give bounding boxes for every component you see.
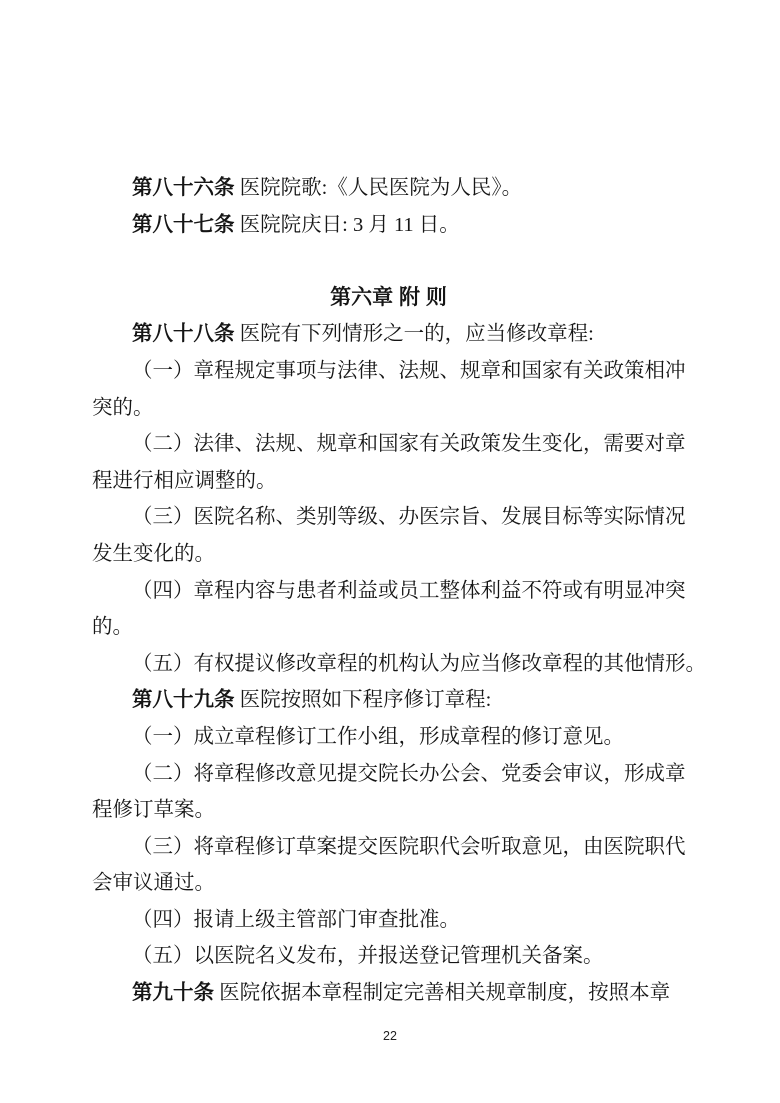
body-line: 突的。: [92, 390, 685, 427]
article-number: 第八十七条: [132, 213, 235, 236]
body-text: （三）医院名称、类别等级、办医宗旨、发展目标等实际情况: [132, 506, 686, 528]
body-text: （五）以医院名义发布，并报送登记管理机关备案。: [132, 945, 604, 967]
article-text: 医院依据本章程制定完善相关规章制度，按照本章: [214, 982, 670, 1004]
body-text: 发生变化的。: [92, 543, 215, 565]
body-text: （一）章程规定事项与法律、法规、规章和国家有关政策相冲: [132, 360, 686, 382]
document-page: 第八十六条 医院院歌:《人民医院为人民》。第八十七条 医院院庆日: 3 月 11…: [0, 0, 780, 1103]
article-line: 第八十六条 医院院歌:《人民医院为人民》。: [92, 170, 685, 207]
body-line: （五）有权提议修改章程的机构认为应当修改章程的其他情形。: [92, 646, 685, 683]
body-text: 的。: [92, 616, 133, 638]
body-line: （三）医院名称、类别等级、办医宗旨、发展目标等实际情况: [92, 499, 685, 536]
article-text: 医院按照如下程序修订章程:: [235, 689, 492, 711]
body-line: 程修订草案。: [92, 792, 685, 829]
article-line: 第八十九条 医院按照如下程序修订章程:: [92, 682, 685, 719]
article-text: 医院有下列情形之一的，应当修改章程:: [235, 323, 594, 345]
body-text: 突的。: [92, 397, 154, 419]
document-content: 第八十六条 医院院歌:《人民医院为人民》。第八十七条 医院院庆日: 3 月 11…: [92, 170, 685, 1012]
article-number: 第八十六条: [132, 176, 235, 199]
chapter-heading: 第六章 附 则: [92, 280, 685, 317]
body-text: （四）报请上级主管部门审查批准。: [132, 909, 460, 931]
article-text: 医院院歌:《人民医院为人民》。: [235, 177, 523, 199]
article-line: 第九十条 医院依据本章程制定完善相关规章制度，按照本章: [92, 975, 685, 1012]
body-text: （三）将章程修订草案提交医院职代会听取意见，由医院职代: [132, 836, 686, 858]
body-line: （四）章程内容与患者利益或员工整体利益不符或有明显冲突: [92, 573, 685, 610]
body-line: 发生变化的。: [92, 536, 685, 573]
chapter-heading-text: 第六章 附 则: [330, 286, 447, 309]
body-line: （二）将章程修改意见提交院长办公会、党委会审议，形成章: [92, 756, 685, 793]
body-text: （五）有权提议修改章程的机构认为应当修改章程的其他情形。: [132, 653, 706, 675]
body-text: （二）法律、法规、规章和国家有关政策发生变化，需要对章: [132, 433, 686, 455]
article-line: 第八十七条 医院院庆日: 3 月 11 日。: [92, 207, 685, 244]
body-text: 会审议通过。: [92, 872, 215, 894]
body-line: （一）成立章程修订工作小组，形成章程的修订意见。: [92, 719, 685, 756]
body-line: （二）法律、法规、规章和国家有关政策发生变化，需要对章: [92, 426, 685, 463]
blank-line: [92, 243, 685, 280]
article-number: 第九十条: [132, 981, 214, 1004]
body-line: （一）章程规定事项与法律、法规、规章和国家有关政策相冲: [92, 353, 685, 390]
body-text: （四）章程内容与患者利益或员工整体利益不符或有明显冲突: [132, 580, 686, 602]
body-text: 程进行相应调整的。: [92, 470, 277, 492]
article-line: 第八十八条 医院有下列情形之一的，应当修改章程:: [92, 316, 685, 353]
body-text: （二）将章程修改意见提交院长办公会、党委会审议，形成章: [132, 763, 686, 785]
body-line: 程进行相应调整的。: [92, 463, 685, 500]
article-number: 第八十九条: [132, 688, 235, 711]
article-number: 第八十八条: [132, 322, 235, 345]
body-line: （三）将章程修订草案提交医院职代会听取意见，由医院职代: [92, 829, 685, 866]
body-text: （一）成立章程修订工作小组，形成章程的修订意见。: [132, 726, 624, 748]
body-line: （五）以医院名义发布，并报送登记管理机关备案。: [92, 938, 685, 975]
body-line: 的。: [92, 609, 685, 646]
page-number: 22: [0, 1029, 780, 1043]
body-text: 程修订草案。: [92, 799, 215, 821]
body-line: 会审议通过。: [92, 865, 685, 902]
article-text: 医院院庆日: 3 月 11 日。: [235, 214, 460, 236]
body-line: （四）报请上级主管部门审查批准。: [92, 902, 685, 939]
